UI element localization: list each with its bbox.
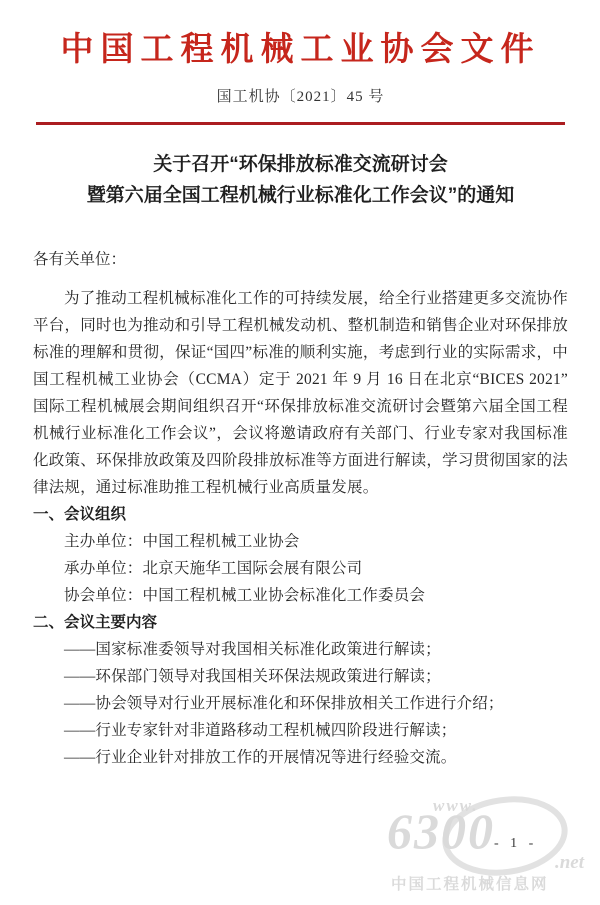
organizer-association: 协会单位：中国工程机械工业协会标准化工作委员会	[33, 582, 568, 609]
document-page: 中国工程机械工业协会文件 国工机协〔2021〕45 号 关于召开“环保排放标准交…	[0, 0, 600, 905]
header-rule	[36, 122, 565, 125]
intro-paragraph: 为了推动工程机械标准化工作的可持续发展，给全行业搭建更多交流协作平台，同时也为推…	[33, 285, 568, 501]
watermark-number-text: 6300	[387, 806, 495, 856]
watermark-net-text: .net	[555, 852, 584, 874]
watermark-caption-text: 中国工程机械信息网	[391, 872, 549, 894]
organizer-undertaker: 承办单位：北京天施华工国际会展有限公司	[33, 555, 568, 582]
salutation: 各有关单位：	[33, 246, 568, 273]
organizer-host: 主办单位：中国工程机械工业协会	[33, 528, 568, 555]
org-title: 中国工程机械工业协会文件	[33, 0, 568, 72]
doc-number: 国工机协〔2021〕45 号	[33, 85, 568, 106]
agenda-item: ——环保部门领导对我国相关环保法规政策进行解读；	[33, 663, 568, 690]
page-number: - 1 -	[494, 836, 537, 852]
document-content: 中国工程机械工业协会文件 国工机协〔2021〕45 号 关于召开“环保排放标准交…	[0, 0, 600, 771]
watermark-logo: www. 6300 .net 中国工程机械信息网	[383, 796, 588, 891]
agenda-item: ——行业专家针对非道路移动工程机械四阶段进行解读；	[33, 717, 568, 744]
section2-heading: 二、会议主要内容	[33, 609, 568, 636]
section1-heading: 一、会议组织	[33, 501, 568, 528]
agenda-item: ——协会领导对行业开展标准化和环保排放相关工作进行介绍；	[33, 690, 568, 717]
doc-title-line2: 暨第六届全国工程机械行业标准化工作会议”的通知	[33, 180, 568, 211]
agenda-item: ——国家标准委领导对我国相关标准化政策进行解读；	[33, 636, 568, 663]
agenda-item: ——行业企业针对排放工作的开展情况等进行经验交流。	[33, 744, 568, 771]
doc-title: 关于召开“环保排放标准交流研讨会 暨第六届全国工程机械行业标准化工作会议”的通知	[33, 149, 568, 211]
doc-title-line1: 关于召开“环保排放标准交流研讨会	[33, 149, 568, 180]
